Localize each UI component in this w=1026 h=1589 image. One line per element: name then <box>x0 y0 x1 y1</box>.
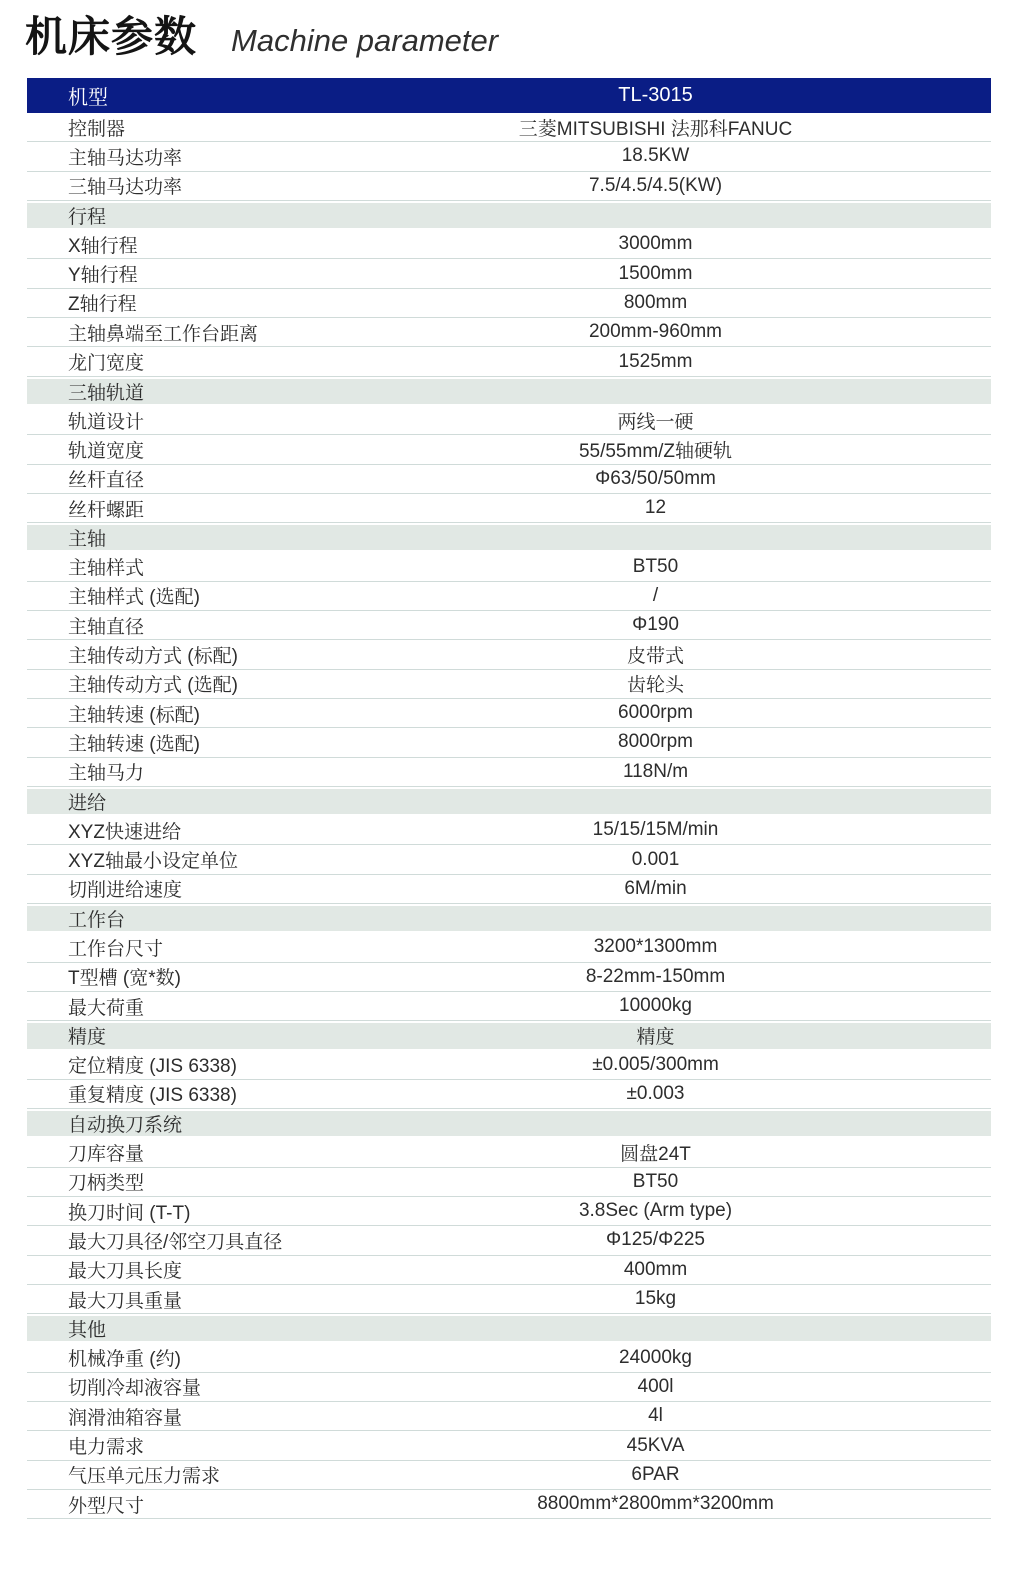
page-title-cn: 机床参数 <box>25 4 197 64</box>
machine-parameter-table: 机型 TL-3015 控制器 三菱MITSUBISHI 法那科FANUC 主轴马… <box>27 78 991 1519</box>
row-value: 7.5/4.5/4.5(KW) <box>320 175 991 197</box>
machine-parameter-page: 机床参数 Machine parameter 机型 TL-3015 控制器 三菱… <box>0 0 1026 1589</box>
row-label: Y轴行程 <box>27 260 320 287</box>
row-value: 3200*1300mm <box>320 936 991 958</box>
row-value: 10000kg <box>320 995 991 1017</box>
row-label: 精度 <box>27 1022 320 1049</box>
table-row: 刀柄类型 BT50 <box>27 1168 991 1197</box>
table-body: 控制器 三菱MITSUBISHI 法那科FANUC 主轴马达功率 18.5KW … <box>27 113 991 1519</box>
row-value: 1525mm <box>320 351 991 373</box>
row-value: 三菱MITSUBISHI 法那科FANUC <box>320 114 991 141</box>
row-label: 主轴传动方式 (标配) <box>27 641 320 668</box>
row-label: 刀库容量 <box>27 1139 320 1166</box>
row-label: 行程 <box>27 202 320 229</box>
row-value: 55/55mm/Z轴硬轨 <box>320 436 991 463</box>
table-row: X轴行程 3000mm <box>27 230 991 259</box>
row-value: 12 <box>320 497 991 519</box>
table-row: 电力需求 45KVA <box>27 1431 991 1460</box>
row-value: 200mm-960mm <box>320 321 991 343</box>
row-value: 1500mm <box>320 263 991 285</box>
table-row: 主轴转速 (选配) 8000rpm <box>27 728 991 757</box>
row-label: 主轴直径 <box>27 612 320 639</box>
row-label: 机械净重 (约) <box>27 1344 320 1371</box>
row-value: 118N/m <box>320 761 991 783</box>
row-value: 0.001 <box>320 849 991 871</box>
row-label: 最大荷重 <box>27 993 320 1020</box>
row-value: 400mm <box>320 1259 991 1281</box>
row-label: 工作台尺寸 <box>27 934 320 961</box>
row-label: Z轴行程 <box>27 289 320 316</box>
table-row: 最大刀具重量 15kg <box>27 1285 991 1314</box>
table-row: 主轴传动方式 (选配) 齿轮头 <box>27 670 991 699</box>
table-row: 轨道宽度 55/55mm/Z轴硬轨 <box>27 435 991 464</box>
table-header-row: 机型 TL-3015 <box>27 78 991 113</box>
row-value: ±0.005/300mm <box>320 1054 991 1076</box>
table-row: 控制器 三菱MITSUBISHI 法那科FANUC <box>27 113 991 142</box>
row-label: 气压单元压力需求 <box>27 1461 320 1488</box>
table-header-label: 机型 <box>27 81 320 110</box>
row-value: 15kg <box>320 1288 991 1310</box>
page-title-en: Machine parameter <box>231 23 498 59</box>
section-header-row: 行程 <box>27 201 991 230</box>
row-label: 主轴鼻端至工作台距离 <box>27 319 320 346</box>
row-label: 切削冷却液容量 <box>27 1373 320 1400</box>
row-value: / <box>320 585 991 607</box>
section-header-row: 工作台 <box>27 904 991 933</box>
row-label: 三轴马达功率 <box>27 172 320 199</box>
table-row: XYZ轴最小设定单位 0.001 <box>27 845 991 874</box>
table-row: 主轴转速 (标配) 6000rpm <box>27 699 991 728</box>
table-row: 轨道设计 两线一硬 <box>27 406 991 435</box>
section-header-row: 三轴轨道 <box>27 377 991 406</box>
row-label: 其他 <box>27 1315 320 1342</box>
row-label: 换刀时间 (T-T) <box>27 1198 320 1225</box>
row-label: 轨道宽度 <box>27 436 320 463</box>
row-label: 主轴样式 <box>27 553 320 580</box>
row-label: 主轴样式 (选配) <box>27 582 320 609</box>
row-label: 主轴转速 (标配) <box>27 700 320 727</box>
row-value: 8800mm*2800mm*3200mm <box>320 1493 991 1515</box>
section-header-row: 自动换刀系统 <box>27 1109 991 1138</box>
table-row: 机械净重 (约) 24000kg <box>27 1343 991 1372</box>
row-label: 最大刀具径/邻空刀具直径 <box>27 1227 320 1254</box>
table-row: 主轴样式 (选配) / <box>27 582 991 611</box>
table-row: 丝杆螺距 12 <box>27 494 991 523</box>
row-label: 控制器 <box>27 114 320 141</box>
row-value: 400l <box>320 1376 991 1398</box>
table-row: 主轴鼻端至工作台距离 200mm-960mm <box>27 318 991 347</box>
table-header-value: TL-3015 <box>320 84 991 107</box>
table-row: 主轴直径 Φ190 <box>27 611 991 640</box>
row-value: 800mm <box>320 292 991 314</box>
row-label: 外型尺寸 <box>27 1491 320 1518</box>
row-value: Φ63/50/50mm <box>320 468 991 490</box>
row-value: 8000rpm <box>320 731 991 753</box>
table-row: T型槽 (宽*数) 8-22mm-150mm <box>27 963 991 992</box>
row-value: 8-22mm-150mm <box>320 966 991 988</box>
table-row: 最大刀具长度 400mm <box>27 1256 991 1285</box>
row-value: ±0.003 <box>320 1083 991 1105</box>
row-label: 重复精度 (JIS 6338) <box>27 1080 320 1107</box>
row-label: X轴行程 <box>27 231 320 258</box>
row-value: 6000rpm <box>320 702 991 724</box>
table-row: 润滑油箱容量 4l <box>27 1402 991 1431</box>
row-label: 最大刀具长度 <box>27 1256 320 1283</box>
section-header-row: 主轴 <box>27 523 991 552</box>
row-value: 45KVA <box>320 1435 991 1457</box>
row-value: 皮带式 <box>320 641 991 668</box>
row-value: 4l <box>320 1405 991 1427</box>
row-label: 轨道设计 <box>27 407 320 434</box>
page-header: 机床参数 Machine parameter <box>25 4 498 64</box>
row-label: 三轴轨道 <box>27 378 320 405</box>
table-row: Z轴行程 800mm <box>27 289 991 318</box>
row-label: 丝杆螺距 <box>27 495 320 522</box>
row-value: 齿轮头 <box>320 670 991 697</box>
table-row: Y轴行程 1500mm <box>27 259 991 288</box>
section-header-row: 进给 <box>27 787 991 816</box>
table-row: 最大刀具径/邻空刀具直径 Φ125/Φ225 <box>27 1226 991 1255</box>
table-row: 气压单元压力需求 6PAR <box>27 1461 991 1490</box>
table-row: 主轴马达功率 18.5KW <box>27 142 991 171</box>
row-value: 3.8Sec (Arm type) <box>320 1200 991 1222</box>
table-row: 工作台尺寸 3200*1300mm <box>27 933 991 962</box>
row-value: 15/15/15M/min <box>320 819 991 841</box>
row-label: 进给 <box>27 788 320 815</box>
row-label: T型槽 (宽*数) <box>27 963 320 990</box>
row-label: 定位精度 (JIS 6338) <box>27 1051 320 1078</box>
row-value: 24000kg <box>320 1347 991 1369</box>
section-header-row: 其他 <box>27 1314 991 1343</box>
row-value: 6M/min <box>320 878 991 900</box>
table-row: 刀库容量 圆盘24T <box>27 1138 991 1167</box>
table-row: 切削冷却液容量 400l <box>27 1373 991 1402</box>
row-label: 龙门宽度 <box>27 348 320 375</box>
row-label: 主轴转速 (选配) <box>27 729 320 756</box>
row-value: BT50 <box>320 556 991 578</box>
row-value: 6PAR <box>320 1464 991 1486</box>
table-row: 定位精度 (JIS 6338) ±0.005/300mm <box>27 1051 991 1080</box>
row-value: 3000mm <box>320 233 991 255</box>
row-label: 工作台 <box>27 905 320 932</box>
table-row: 主轴马力 118N/m <box>27 758 991 787</box>
row-label: 主轴传动方式 (选配) <box>27 670 320 697</box>
row-label: 主轴马达功率 <box>27 143 320 170</box>
row-label: 刀柄类型 <box>27 1168 320 1195</box>
table-row: 重复精度 (JIS 6338) ±0.003 <box>27 1080 991 1109</box>
table-row: 丝杆直径 Φ63/50/50mm <box>27 465 991 494</box>
row-label: 自动换刀系统 <box>27 1110 320 1137</box>
row-value: 精度 <box>320 1022 991 1049</box>
table-row: 主轴样式 BT50 <box>27 552 991 581</box>
row-label: 最大刀具重量 <box>27 1286 320 1313</box>
row-label: 切削进给速度 <box>27 875 320 902</box>
row-label: 丝杆直径 <box>27 465 320 492</box>
section-header-row: 精度 精度 <box>27 1021 991 1050</box>
row-value: Φ190 <box>320 614 991 636</box>
row-value: BT50 <box>320 1171 991 1193</box>
table-row: 切削进给速度 6M/min <box>27 875 991 904</box>
row-label: 润滑油箱容量 <box>27 1403 320 1430</box>
table-row: XYZ快速进给 15/15/15M/min <box>27 816 991 845</box>
row-label: 主轴马力 <box>27 758 320 785</box>
row-value: Φ125/Φ225 <box>320 1229 991 1251</box>
table-row: 最大荷重 10000kg <box>27 992 991 1021</box>
row-value: 圆盘24T <box>320 1139 991 1166</box>
row-label: 主轴 <box>27 524 320 551</box>
row-label: XYZ轴最小设定单位 <box>27 846 320 873</box>
table-row: 三轴马达功率 7.5/4.5/4.5(KW) <box>27 172 991 201</box>
row-label: 电力需求 <box>27 1432 320 1459</box>
table-row: 龙门宽度 1525mm <box>27 347 991 376</box>
table-row: 换刀时间 (T-T) 3.8Sec (Arm type) <box>27 1197 991 1226</box>
table-row: 主轴传动方式 (标配) 皮带式 <box>27 640 991 669</box>
row-label: XYZ快速进给 <box>27 817 320 844</box>
row-value: 18.5KW <box>320 145 991 167</box>
row-value: 两线一硬 <box>320 407 991 434</box>
table-row: 外型尺寸 8800mm*2800mm*3200mm <box>27 1490 991 1519</box>
